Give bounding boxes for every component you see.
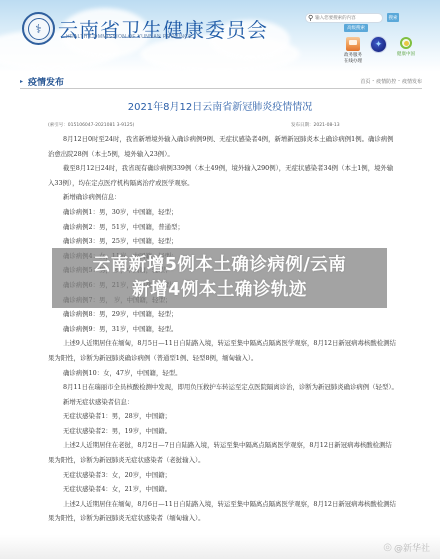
- headline-overlay: 云南新增5例本土确诊病例/云南 新增4例本土确诊轨迹: [52, 248, 387, 308]
- article-paragraph: 上述9人近期居住在缅甸，8月5日—11日自陆路入境，转运至集中隔离点隔离医学观察…: [48, 336, 398, 365]
- article-paragraph: 确诊病例10：女，47岁，中国籍，轻型。: [48, 366, 398, 381]
- breadcrumb: 首页 - 疫情防控 - 疫情发布: [360, 78, 422, 85]
- triangle-right-icon: ▸: [20, 78, 23, 85]
- section-title: 疫情发布: [28, 75, 64, 88]
- advanced-search-button[interactable]: 高级搜索: [344, 24, 368, 32]
- globe-app-icon: ✦: [370, 36, 387, 53]
- search-input[interactable]: [315, 14, 381, 22]
- breadcrumb-home[interactable]: 首页: [360, 78, 370, 85]
- article-paragraph: 确诊病例8：男，29岁，中国籍，轻型；: [48, 307, 398, 322]
- breadcrumb-epidemic-control[interactable]: 疫情防控: [376, 78, 396, 85]
- article-paragraph: 确诊病例2：男，51岁，中国籍，普通型；: [48, 220, 398, 235]
- search-icon: ⚲: [308, 14, 313, 22]
- headline-line-1: 云南新增5例本土确诊病例/云南: [93, 253, 347, 278]
- site-header: ⚕ 云南省卫生健康委员会 HEALTH COMMISSION OF YUNNAN…: [0, 0, 440, 72]
- caduceus-icon: ⚕: [28, 18, 50, 40]
- article-index-number: (索引号：015106047-2021081 3-9125): [48, 122, 134, 128]
- section-bar: ▸ 疫情发布 首页 - 疫情防控 - 疫情发布: [20, 74, 422, 89]
- service-app-label: 政务服务 在线办理: [342, 53, 364, 65]
- health-emblem-icon[interactable]: ⚕: [22, 12, 55, 45]
- health-china-link[interactable]: 健康中国: [397, 37, 415, 57]
- article-paragraph: 8月12日0时至24时，我省新增境外输入确诊病例9例、无症状感染者4例，新增新冠…: [48, 132, 398, 161]
- article-paragraph: 截至8月12日24时，我省现有确诊病例339例（本土49例，境外输入290例），…: [48, 161, 398, 190]
- watermark: ◎ @新华社: [383, 541, 430, 554]
- article-paragraph: 确诊病例3：男，25岁，中国籍，轻型；: [48, 234, 398, 249]
- article-paragraph: 新增确诊病例信息：: [48, 190, 398, 205]
- weibo-icon: ◎: [383, 542, 392, 553]
- article-paragraph: 上述2人近期居住在缅甸，8月6日—11日自陆路入境，转运至集中隔离点隔离医学观察…: [48, 497, 398, 526]
- breadcrumb-epidemic-release[interactable]: 疫情发布: [402, 78, 422, 85]
- watermark-text: @新华社: [394, 541, 430, 554]
- article-paragraph: 新增无症状感染者信息：: [48, 395, 398, 410]
- service-app-label-line2: 在线办理: [342, 59, 364, 65]
- search-box[interactable]: ⚲: [305, 13, 383, 23]
- headline-line-2: 新增4例本土确诊轨迹: [132, 278, 307, 303]
- article-paragraph: 确诊病例9：男，31岁，中国籍，轻型。: [48, 322, 398, 337]
- health-china-icon: [400, 37, 412, 49]
- article-paragraph: 上述2人近期居住在老挝，8月2日—7日自陆路入境，转运至集中隔离点隔离医学观察，…: [48, 438, 398, 467]
- article-paragraph: 确诊病例1：男，30岁，中国籍，轻型；: [48, 205, 398, 220]
- article-body: 8月12日0时至24时，我省新增境外输入确诊病例9例、无症状感染者4例，新增新冠…: [48, 132, 398, 526]
- article-paragraph: 无症状感染者4：女，21岁，中国籍。: [48, 482, 398, 497]
- health-china-label: 健康中国: [397, 51, 415, 57]
- article-paragraph: 无症状感染者1：男，28岁，中国籍；: [48, 409, 398, 424]
- article-paragraph: 无症状感染者3：女，20岁，中国籍；: [48, 468, 398, 483]
- article-paragraph: 8月11日在瑞丽市全员核酸检测中发现，即用负压救护车转运至定点医院隔离诊治，诊断…: [48, 380, 398, 395]
- globe-app-link[interactable]: ✦: [370, 36, 387, 53]
- service-app-icon: [346, 37, 360, 51]
- article-publish-date: 发布日期：2021-08-13: [291, 122, 340, 128]
- breadcrumb-separator: -: [398, 78, 400, 85]
- site-subtitle: HEALTH COMMISSION OF YUNNAN PROVINCE: [66, 34, 192, 40]
- service-app-link[interactable]: 政务服务 在线办理: [342, 37, 364, 65]
- bottom-fade: [0, 535, 440, 559]
- article-title: 2021年8月12日云南省新冠肺炎疫情情况: [0, 98, 440, 113]
- search-button[interactable]: 搜索: [387, 13, 399, 22]
- article-paragraph: 无症状感染者2：男，19岁，中国籍。: [48, 424, 398, 439]
- breadcrumb-separator: -: [372, 78, 374, 85]
